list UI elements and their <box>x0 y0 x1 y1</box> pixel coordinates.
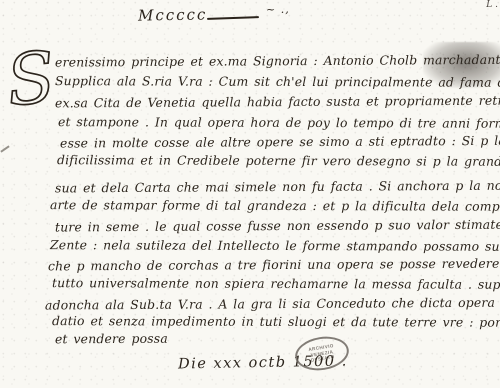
manuscript-line: erenissimo principe et ex.ma Signoria : … <box>55 51 500 69</box>
manuscript-line: tutto universalmente non spiera rechamar… <box>52 275 500 292</box>
manuscript-line: et vendere possa <box>55 331 168 347</box>
manuscript-line: Zente : nela sutileza del Intellecto le … <box>50 237 500 254</box>
manuscript-line: esse in molte cosse ale altre opere se s… <box>60 132 500 150</box>
manuscript-line: arte de stampar forme di tal grandeza : … <box>50 197 500 214</box>
year-heading: Mccccc <box>138 5 208 24</box>
manuscript-line: Supplica ala S.ria V.ra : Cum sit ch'el … <box>55 73 500 90</box>
manuscript-line: che p mancho de corchas a tre fiorini un… <box>48 256 500 274</box>
corner-mark: L . <box>486 0 498 10</box>
manuscript-line: et stampone . In qual opera hora de poy … <box>58 114 500 131</box>
margin-tick-mark <box>0 145 9 152</box>
manuscript-line: adoncha ala Sub.ta V.ra . A la gra li si… <box>45 294 500 312</box>
manuscript-line: ture in seme . le qual cosse fusse non e… <box>55 217 500 235</box>
flourish-stroke <box>207 16 259 20</box>
manuscript-line: dificilissima et in Credibele poterne fi… <box>57 152 500 169</box>
manuscript-line: datio et senza impedimento in tuti sluog… <box>52 313 500 330</box>
manuscript-line: ex.sa Cita de Venetia quella habia facto… <box>55 93 500 111</box>
illuminated-initial: S <box>3 42 58 117</box>
manuscript-line: sua et dela Carta che mai simele non fu … <box>55 178 500 196</box>
heading-tail-mark: ~ ., <box>266 3 290 16</box>
manuscript-page: { "page": { "year_heading": "Mccccc", "h… <box>0 0 500 388</box>
